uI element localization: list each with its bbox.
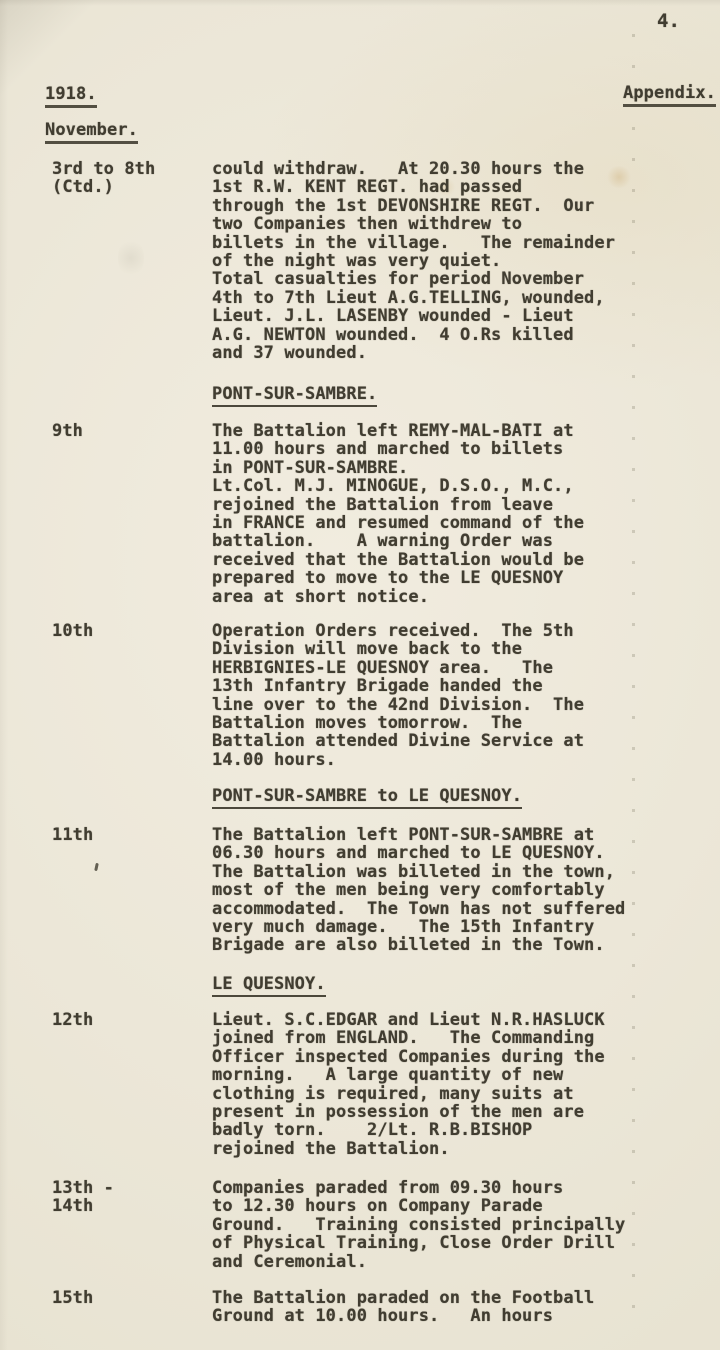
entry-body-line: Battalion attended Divine Service at — [212, 732, 584, 750]
entry-body-line: of Physical Training, Close Order Drill — [212, 1234, 625, 1252]
entry-body-line: Total casualties for period November — [212, 270, 615, 288]
entry-body-line: two Companies then withdrew to — [212, 215, 615, 233]
entry-date: 3rd to 8th(Ctd.) — [52, 160, 155, 197]
entry-body-line: Division will move back to the — [212, 640, 584, 658]
entry-body-line: in FRANCE and resumed command of the — [212, 514, 584, 532]
entry-body-line: joined from ENGLAND. The Commanding — [212, 1029, 605, 1047]
entry-body-line: present in possession of the men are — [212, 1103, 605, 1121]
entry-date: 10th — [52, 622, 93, 640]
entry-body: Companies paraded from 09.30 hoursto 12.… — [212, 1179, 625, 1271]
entry-body-line: The Battalion was billeted in the town, — [212, 863, 625, 881]
entry-body-line: to 12.30 hours on Company Parade — [212, 1197, 625, 1215]
section-heading-text: PONT-SUR-SAMBRE. — [212, 384, 377, 407]
entry-body-line: Lieut. J.L. LASENBY wounded - Lieut — [212, 307, 615, 325]
entry-date: 11th — [52, 826, 93, 844]
entry-date-line: 14th — [52, 1197, 114, 1215]
section-heading: PONT-SUR-SAMBRE. — [212, 384, 720, 407]
stray-ink-mark — [94, 863, 99, 871]
entry-body-line: and 37 wounded. — [212, 344, 615, 362]
entry-body-line: battalion. A warning Order was — [212, 532, 584, 550]
entry-body-line: Ground at 10.00 hours. An hours — [212, 1307, 594, 1325]
entry-body: could withdraw. At 20.30 hours the1st R.… — [212, 160, 615, 362]
entry-body: The Battalion paraded on the FootballGro… — [212, 1289, 594, 1326]
entry-body-line: 06.30 hours and marched to LE QUESNOY. — [212, 844, 625, 862]
entry-date-line: 3rd to 8th — [52, 160, 155, 178]
page-number: 4. — [657, 10, 680, 32]
entry-body-line: Ground. Training consisted principally — [212, 1216, 625, 1234]
entry-body: Lieut. S.C.EDGAR and Lieut N.R.HASLUCKjo… — [212, 1011, 605, 1158]
appendix-label-text: Appendix. — [623, 83, 716, 107]
entry-body-line: prepared to move to the LE QUESNOY — [212, 569, 584, 587]
entry-body-line: through the 1st DEVONSHIRE REGT. Our — [212, 197, 615, 215]
entry-date-line: 10th — [52, 622, 93, 640]
entry-body-line: Battalion moves tomorrow. The — [212, 714, 584, 732]
entry-body-line: and Ceremonial. — [212, 1253, 625, 1271]
entry-body-line: The Battalion left REMY-MAL-BATI at — [212, 422, 584, 440]
entry-body-line: Officer inspected Companies during the — [212, 1048, 605, 1066]
entry-body-line: billets in the village. The remainder — [212, 234, 615, 252]
entry-date: 13th -14th — [52, 1179, 114, 1216]
entry-body-line: rejoined the Battalion. — [212, 1140, 605, 1158]
year-label-text: 1918. — [45, 84, 97, 108]
entry-date: 9th — [52, 422, 83, 440]
entry-body-line: Operation Orders received. The 5th — [212, 622, 584, 640]
entry-body-line: rejoined the Battalion from leave — [212, 496, 584, 514]
entry-body-line: Brigade are also billeted in the Town. — [212, 936, 625, 954]
entry-body-line: 11.00 hours and marched to billets — [212, 440, 584, 458]
entry-body-line: Companies paraded from 09.30 hours — [212, 1179, 625, 1197]
entry-date-line: 15th — [52, 1289, 93, 1307]
entry-body-line: clothing is required, many suits at — [212, 1085, 605, 1103]
entry-date: 15th — [52, 1289, 93, 1307]
section-heading: PONT-SUR-SAMBRE to LE QUESNOY. — [212, 786, 720, 809]
entry-body-line: very much damage. The 15th Infantry — [212, 918, 625, 936]
entry-body: The Battalion left PONT-SUR-SAMBRE at06.… — [212, 826, 625, 955]
binding-stitch-marks — [632, 34, 635, 1334]
entry-body-line: 14.00 hours. — [212, 751, 584, 769]
entry-body-line: morning. A large quantity of new — [212, 1066, 605, 1084]
entry-body-line: in PONT-SUR-SAMBRE. — [212, 459, 584, 477]
appendix-label: Appendix. — [623, 83, 716, 107]
entry-date: 12th — [52, 1011, 93, 1029]
entry-body-line: could withdraw. At 20.30 hours the — [212, 160, 615, 178]
entry-body-line: 13th Infantry Brigade handed the — [212, 677, 584, 695]
entry-body-line: Lieut. S.C.EDGAR and Lieut N.R.HASLUCK — [212, 1011, 605, 1029]
entry-date-line: 9th — [52, 422, 83, 440]
entry-body-line: of the night was very quiet. — [212, 252, 615, 270]
entry-body-line: A.G. NEWTON wounded. 4 O.Rs killed — [212, 326, 615, 344]
entry-body-line: HERBIGNIES-LE QUESNOY area. The — [212, 659, 584, 677]
entry-body-line: 4th to 7th Lieut A.G.TELLING, wounded, — [212, 289, 615, 307]
entry-body-line: Lt.Col. M.J. MINOGUE, D.S.O., M.C., — [212, 477, 584, 495]
entry-body-line: line over to the 42nd Division. The — [212, 696, 584, 714]
entry-date-line: 13th - — [52, 1179, 114, 1197]
entry-body-line: The Battalion left PONT-SUR-SAMBRE at — [212, 826, 625, 844]
entry-body-line: received that the Battalion would be — [212, 551, 584, 569]
entry-body-line: The Battalion paraded on the Football — [212, 1289, 594, 1307]
entry-body-line: accommodated. The Town has not suffered — [212, 900, 625, 918]
section-heading-text: LE QUESNOY. — [212, 974, 326, 997]
entry-body-line: area at short notice. — [212, 588, 584, 606]
document-page: 4. 1918. Appendix. November. 3rd to 8th(… — [0, 0, 720, 1350]
entry-body-line: 1st R.W. KENT REGT. had passed — [212, 178, 615, 196]
month-label-text: November. — [45, 120, 138, 144]
paper-smudge — [118, 238, 144, 278]
section-heading: LE QUESNOY. — [212, 974, 720, 997]
entry-date-line: (Ctd.) — [52, 178, 155, 196]
entry-body: The Battalion left REMY-MAL-BATI at11.00… — [212, 422, 584, 606]
month-label: November. — [45, 120, 138, 144]
entry-body-line: most of the men being very comfortably — [212, 881, 625, 899]
scanned-war-diary-page: { "page": { "page_number": "4.", "year":… — [0, 0, 720, 1350]
section-heading-text: PONT-SUR-SAMBRE to LE QUESNOY. — [212, 786, 522, 809]
entry-date-line: 11th — [52, 826, 93, 844]
entry-body: Operation Orders received. The 5thDivisi… — [212, 622, 584, 769]
year-label: 1918. — [45, 84, 97, 108]
entry-date-line: 12th — [52, 1011, 93, 1029]
entry-body-line: badly torn. 2/Lt. R.B.BISHOP — [212, 1121, 605, 1139]
